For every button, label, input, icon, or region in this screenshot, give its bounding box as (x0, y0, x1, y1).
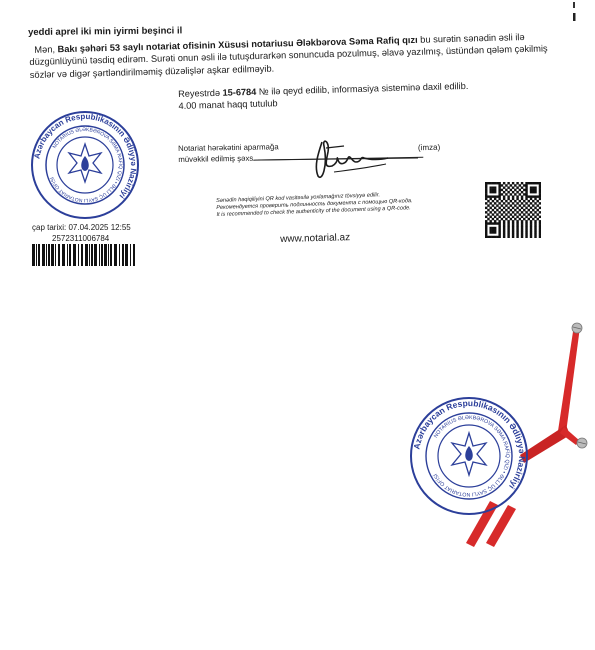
document-date-heading: yeddi aprel iki min iyirmi beşinci il (28, 25, 182, 38)
barcode (32, 244, 137, 266)
registry-number: 15-6784 (222, 87, 256, 98)
document-code: 2572311006784 (52, 234, 109, 243)
registry-prefix: Reyestrdə (178, 88, 223, 99)
page-edge-mark (568, 0, 580, 24)
qr-code[interactable] (485, 182, 541, 238)
imza-label: (imza) (418, 143, 440, 152)
signature-label-line2: müvəkkil edilmiş şəxs (178, 154, 253, 164)
notarial-website-link[interactable]: www.notarial.az (280, 232, 350, 245)
notary-stamp-top: Azərbaycan Respublikasının Ədliyyə Nazir… (30, 106, 140, 224)
svg-text:Azərbaycan Respublikasının Ədl: Azərbaycan Respublikasının Ədliyyə Nazir… (32, 112, 138, 201)
notary-stamp-ribbon: Azərbaycan Respublikasının Ədliyyə Nazir… (407, 392, 532, 520)
print-date: çap tarixi: 07.04.2025 12:55 (32, 223, 131, 232)
para-prefix: Mən, (34, 44, 58, 55)
qr-verification-notice: Sənədin həqiqiliyini QR kod vasitəsilə y… (216, 191, 413, 219)
handwritten-signature (300, 136, 390, 184)
certification-paragraph: Mən, Bakı şəhəri 53 saylı notariat ofisi… (29, 30, 550, 80)
registry-block: Reyestrdə 15-6784 № ilə qeyd edilib, inf… (178, 80, 469, 112)
